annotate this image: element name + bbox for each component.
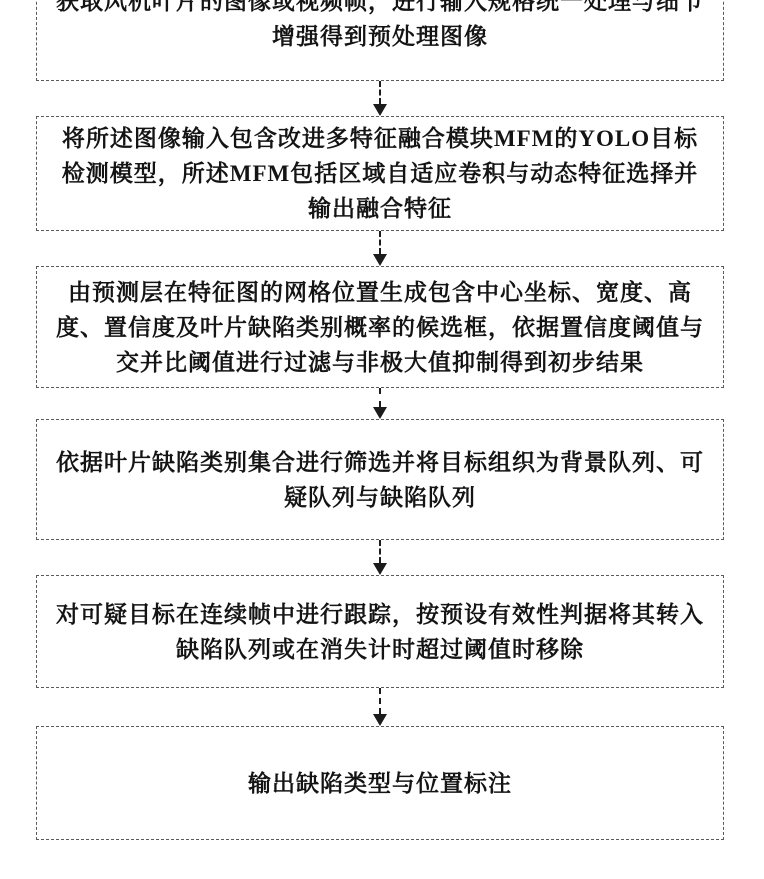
arrow-head-icon — [373, 714, 387, 726]
flow-step-5-label: 对可疑目标在连续帧中进行跟踪，按预设有效性判据将其转入缺陷队列或在消失计时超过阈… — [51, 597, 709, 667]
flow-arrow-5 — [372, 688, 388, 726]
arrow-shaft — [379, 540, 381, 563]
flow-step-6-box: 输出缺陷类型与位置标注 — [36, 726, 724, 840]
arrow-shaft — [379, 688, 381, 714]
arrow-head-icon — [373, 563, 387, 575]
arrow-shaft — [379, 388, 381, 407]
flow-step-3-box: 由预测层在特征图的网格位置生成包含中心坐标、宽度、高度、置信度及叶片缺陷类别概率… — [36, 266, 724, 388]
flow-step-1-label: 获取风机叶片的图像或视频帧，进行输入规格统一处理与细节增强得到预处理图像 — [51, 0, 709, 54]
arrow-head-icon — [373, 254, 387, 266]
arrow-shaft — [379, 231, 381, 254]
flow-step-6-label: 输出缺陷类型与位置标注 — [248, 766, 512, 801]
flow-arrow-4 — [372, 540, 388, 575]
flow-step-2-label: 将所述图像输入包含改进多特征融合模块MFM的YOLO目标检测模型，所述MFM包括… — [51, 121, 709, 226]
flow-step-3-label: 由预测层在特征图的网格位置生成包含中心坐标、宽度、高度、置信度及叶片缺陷类别概率… — [51, 275, 709, 380]
arrow-shaft — [379, 81, 381, 104]
flow-step-1-box: 获取风机叶片的图像或视频帧，进行输入规格统一处理与细节增强得到预处理图像 — [36, 0, 724, 81]
arrow-head-icon — [373, 104, 387, 116]
flowchart-figure: 获取风机叶片的图像或视频帧，进行输入规格统一处理与细节增强得到预处理图像 将所述… — [0, 0, 764, 879]
flow-step-4-box: 依据叶片缺陷类别集合进行筛选并将目标组织为背景队列、可疑队列与缺陷队列 — [36, 419, 724, 540]
flow-arrow-1 — [372, 81, 388, 116]
flow-step-4-label: 依据叶片缺陷类别集合进行筛选并将目标组织为背景队列、可疑队列与缺陷队列 — [51, 445, 709, 515]
flow-arrow-3 — [372, 388, 388, 419]
flow-step-5-box: 对可疑目标在连续帧中进行跟踪，按预设有效性判据将其转入缺陷队列或在消失计时超过阈… — [36, 575, 724, 688]
arrow-head-icon — [373, 407, 387, 419]
flow-arrow-2 — [372, 231, 388, 266]
flow-step-2-box: 将所述图像输入包含改进多特征融合模块MFM的YOLO目标检测模型，所述MFM包括… — [36, 116, 724, 231]
